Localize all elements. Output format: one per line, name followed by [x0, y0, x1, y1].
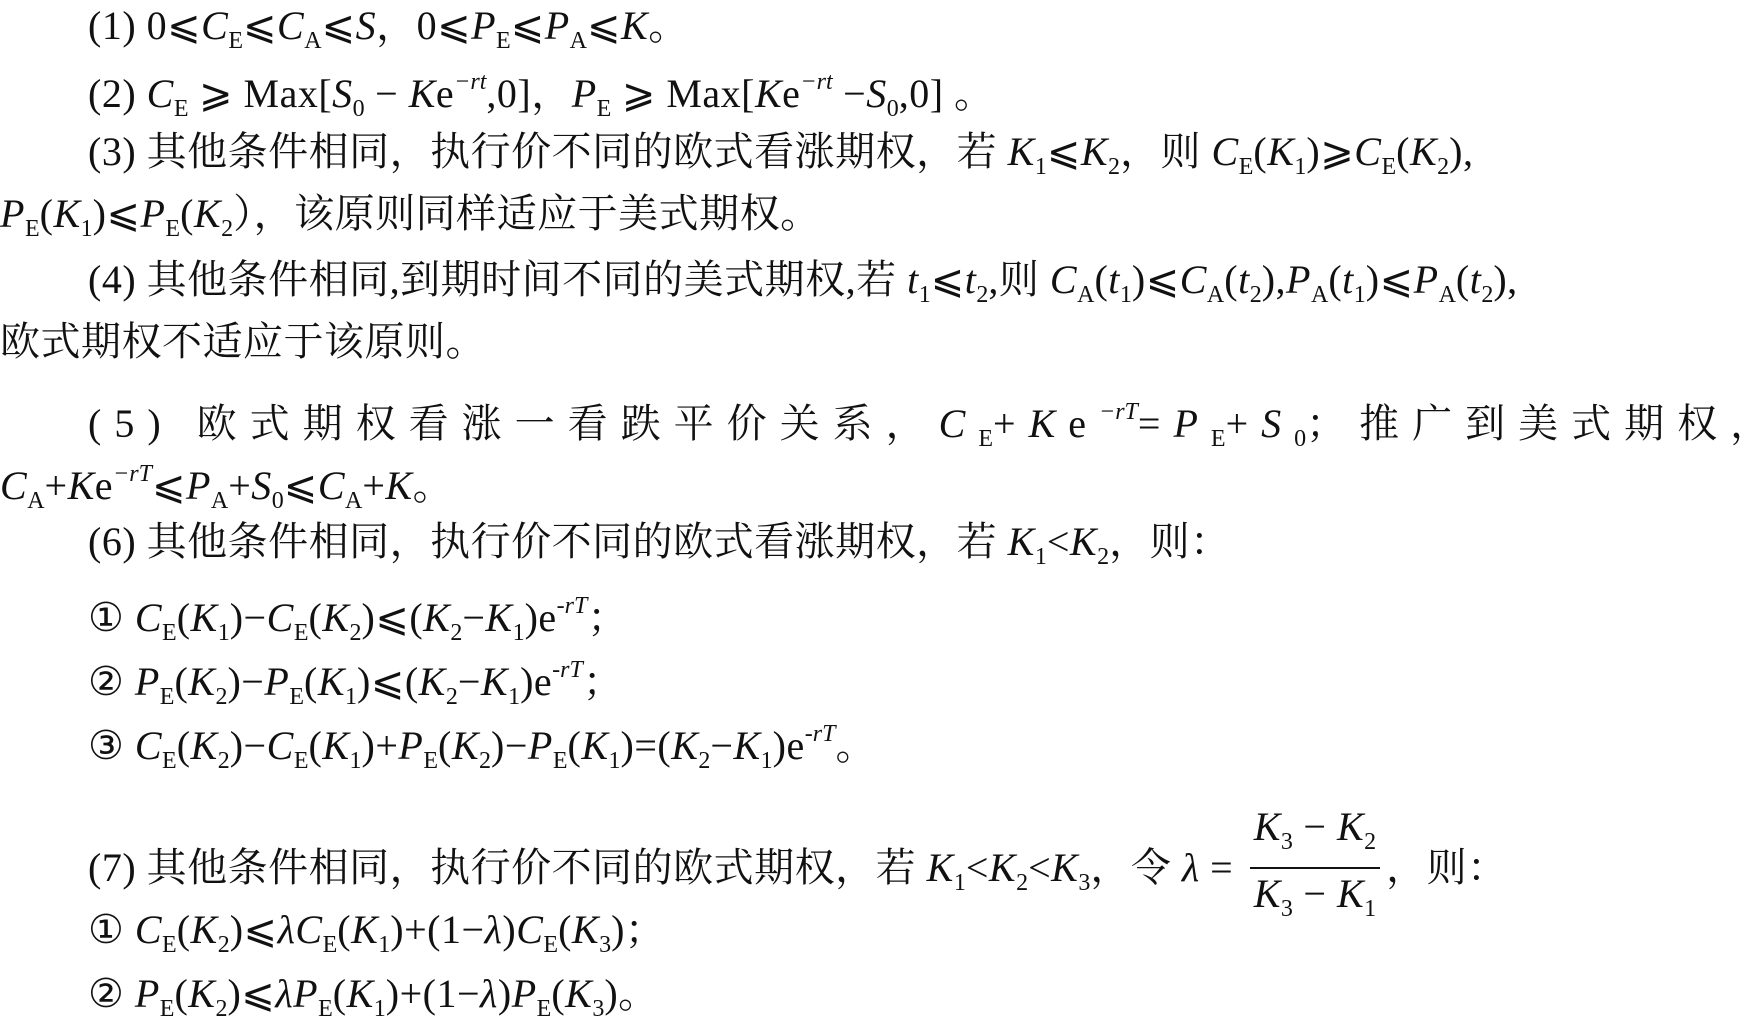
text-line-12: ③ CE(K2)−CE(K1)+PE(K2)−PE(K1)=(K2−K1)e-r…: [88, 710, 876, 785]
document-page: (1) 0⩽CE⩽CA⩽S，0⩽PE⩽PA⩽K。 (2) CE ⩾ Max[S0…: [0, 0, 1756, 1026]
text-line-8: CA+Ke−rT⩽PA+S0⩽CA+K。: [0, 450, 453, 525]
text-line-9: (6) 其他条件相同，执行价不同的欧式看涨期权，若 K1<K2，则：: [88, 518, 1231, 581]
text-line-4: PE(K1)⩽PE(K2），该原则同样适应于美式期权。: [0, 190, 821, 253]
text-line-1: (1) 0⩽CE⩽CA⩽S，0⩽PE⩽PA⩽K。: [88, 2, 689, 65]
text-line-3: (3) 其他条件相同，执行价不同的欧式看涨期权，若 K1⩽K2，则 CE(K1)…: [88, 128, 1473, 191]
text-line-6: 欧式期权不适应于该原则。: [0, 318, 486, 366]
text-line-15: ② PE(K2)⩽λPE(K1)+(1−λ)PE(K3)。: [88, 970, 659, 1026]
lambda-fraction: K3 − K2K3 − K1: [1250, 804, 1380, 932]
text-line-14: ① CE(K2)⩽λCE(K1)+(1−λ)CE(K3)；: [88, 906, 665, 969]
text-line-2: (2) CE ⩾ Max[S0 − Ke−rt,0]，PE ⩾ Max[Ke−r…: [88, 58, 995, 133]
text-line-5: (4) 其他条件相同,到期时间不同的美式期权,若 t1⩽t2,则 CA(t1)⩽…: [88, 256, 1518, 319]
